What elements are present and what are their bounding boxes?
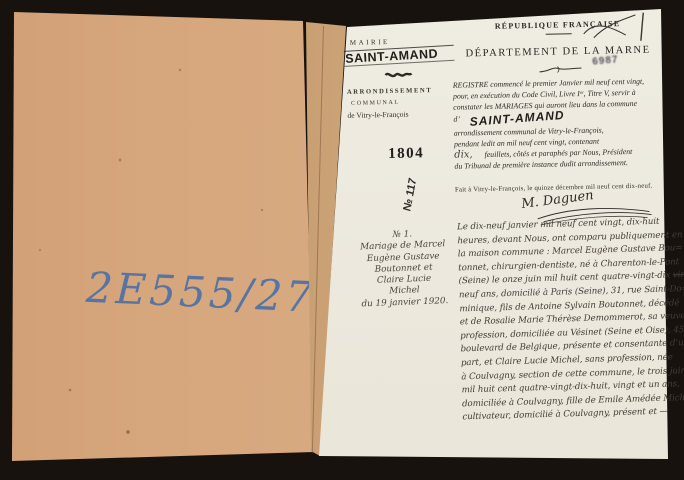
divider-squiggle-icon bbox=[384, 70, 412, 81]
header-divider-squiggle-icon bbox=[538, 64, 582, 75]
archive-reference-handwriting: 2E555/27 bbox=[85, 263, 327, 322]
register-page-content: MAIRIE SAINT-AMAND ARRONDISSEMENT COMMUN… bbox=[349, 2, 678, 465]
handwritten-folio-count: dix, bbox=[454, 149, 473, 160]
commune-prefix: d’ bbox=[453, 115, 459, 124]
register-statement-line-rest: feuillets, côtés et paraphés par Nous, P… bbox=[485, 147, 633, 159]
header-rule bbox=[546, 33, 572, 35]
marriage-act-handwriting: Le dix-neuf janvier mil neuf cent vingt,… bbox=[457, 215, 679, 425]
smudged-number-stamp: 6987 bbox=[592, 54, 619, 67]
arrondissement-label: ARRONDISSEMENT bbox=[347, 87, 451, 96]
commune-of-label: de Vitry-le-François bbox=[347, 109, 451, 120]
margin-act-note: № 1.Mariage de MarcelEugène GustaveBouto… bbox=[351, 228, 456, 311]
commune-name-stamp-inline: SAINT-AMAND bbox=[469, 110, 565, 128]
communal-label: COMMUNAL bbox=[351, 99, 447, 107]
photo-background: 2E555/27 MAIRIE SAINT-AMAND ARRONDISSEME… bbox=[0, 0, 684, 480]
register-statement: REGISTRE commencé le premier Janvier mil… bbox=[453, 76, 671, 172]
department-header: DÉPARTEMENT DE LA MARNE bbox=[452, 44, 664, 59]
commune-column bbox=[359, 7, 455, 9]
commune-name-stamp: SAINT-AMAND bbox=[344, 45, 455, 67]
pen-flourish-mark bbox=[581, 9, 652, 46]
